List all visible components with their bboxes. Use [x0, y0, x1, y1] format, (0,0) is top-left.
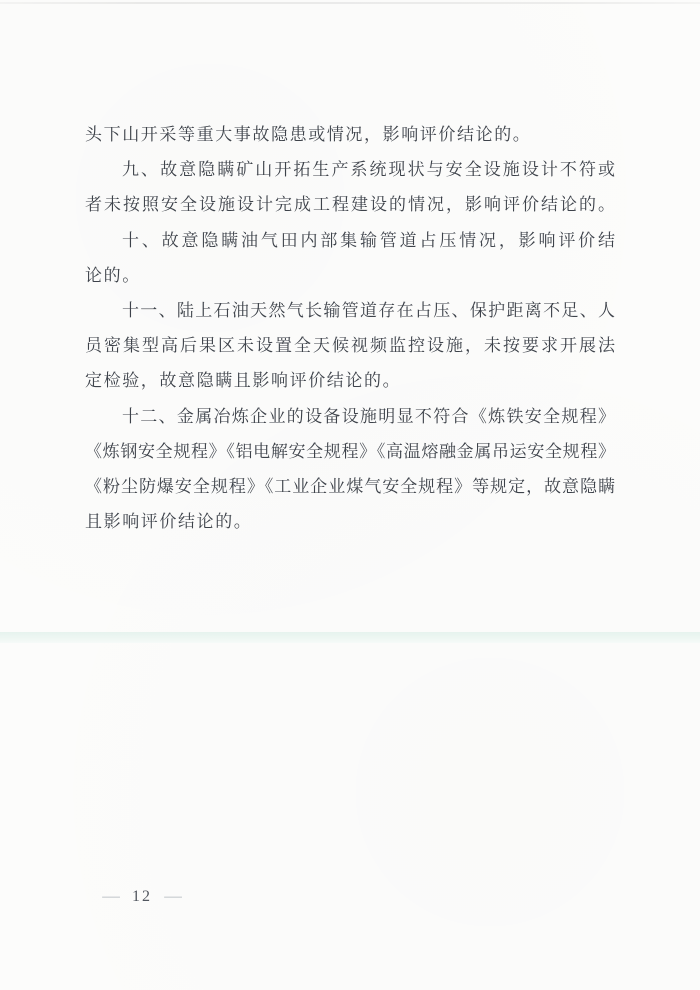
scan-top-edge [0, 2, 700, 4]
text-line: 员密集型高后果区未设置全天候视频监控设施，未按要求开展法 [85, 328, 615, 363]
page-number: 12 [132, 888, 152, 906]
text-line: 定检验，故意隐瞒且影响评价结论的。 [85, 363, 615, 398]
text-line: 十一、陆上石油天然气长输管道存在占压、保护距离不足、人 [85, 293, 615, 328]
footer-dash-left: — [102, 888, 120, 906]
text-line: 头下山开采等重大事故隐患或情况，影响评价结论的。 [85, 117, 615, 152]
document-body: 头下山开采等重大事故隐患或情况，影响评价结论的。九、故意隐瞒矿山开拓生产系统现状… [85, 117, 615, 539]
document-page: 头下山开采等重大事故隐患或情况，影响评价结论的。九、故意隐瞒矿山开拓生产系统现状… [0, 0, 700, 990]
page-footer: — 12 — [103, 888, 181, 906]
text-line: 九、故意隐瞒矿山开拓生产系统现状与安全设施设计不符或 [85, 152, 615, 187]
text-line: 论的。 [85, 258, 615, 293]
text-line: 《炼钢安全规程》《铝电解安全规程》《高温熔融金属吊运安全规程》 [85, 434, 615, 469]
text-line: 十、故意隐瞒油气田内部集输管道占压情况，影响评价结 [85, 223, 615, 258]
footer-dash-right: — [164, 888, 182, 906]
text-line: 且影响评价结论的。 [85, 504, 615, 539]
text-line: 十二、金属冶炼企业的设备设施明显不符合《炼铁安全规程》 [85, 399, 615, 434]
text-line: 者未按照安全设施设计完成工程建设的情况，影响评价结论的。 [85, 187, 615, 222]
scan-artifact-band [0, 632, 700, 643]
text-line: 《粉尘防爆安全规程》《工业企业煤气安全规程》等规定，故意隐瞒 [85, 469, 615, 504]
